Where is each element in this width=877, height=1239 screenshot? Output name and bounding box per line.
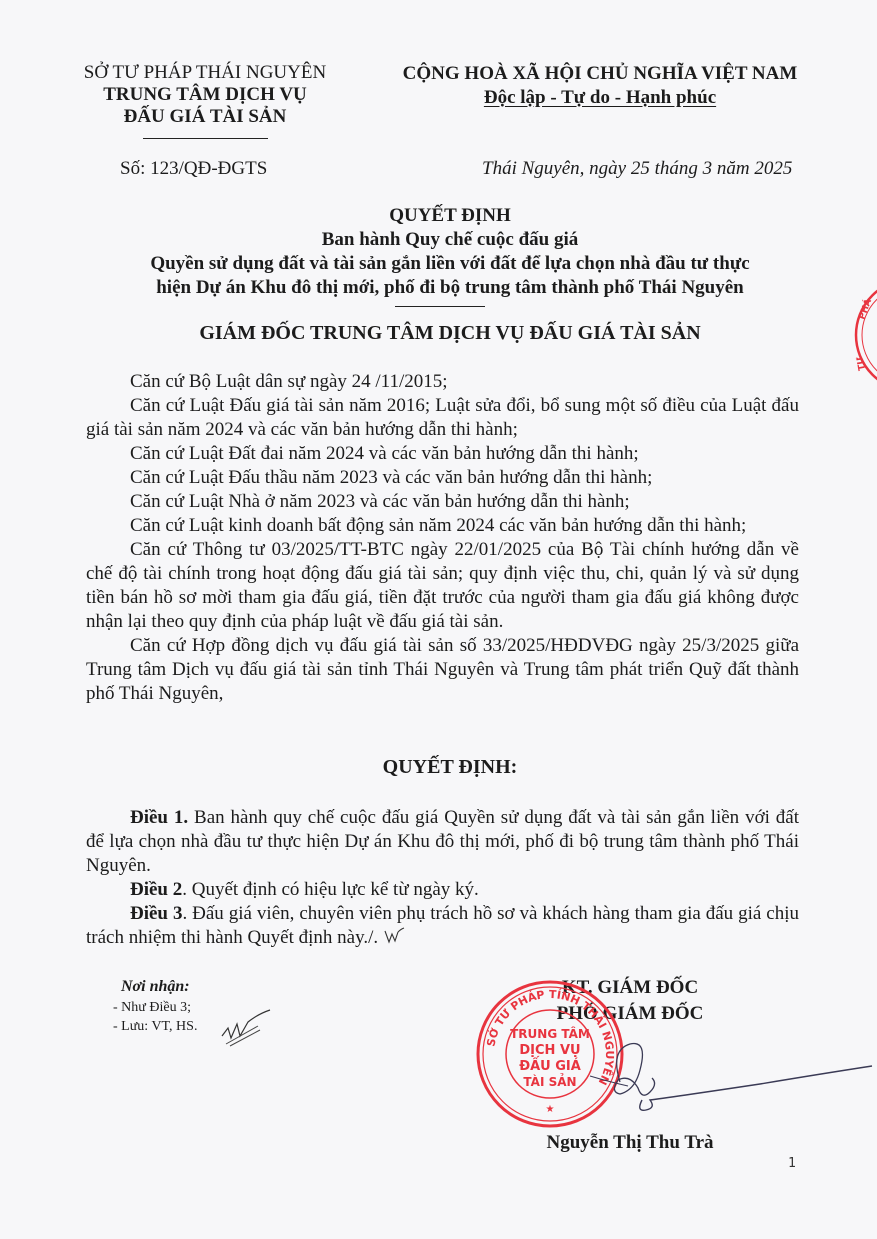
document-type: QUYẾT ĐỊNH [80,204,820,228]
edge-seal-fragment: PHÁ TƯ [850,280,877,390]
signer-name: Nguyễn Thị Thu Trà [520,1132,740,1154]
seal-line: DỊCH VỤ [519,1043,580,1058]
legal-basis: Căn cứ Bộ Luật dân sự ngày 24 /11/2015; … [86,370,799,706]
agency-name-line1: TRUNG TÂM DỊCH VỤ [70,84,340,106]
issuing-agency: SỞ TƯ PHÁP THÁI NGUYÊN TRUNG TÂM DỊCH VỤ… [70,62,340,128]
agency-divider [143,138,268,139]
nation-name: CỘNG HOÀ XÃ HỘI CHỦ NGHĨA VIỆT NAM [380,62,820,86]
article-label: Điều 3 [130,903,182,924]
basis-item: Căn cứ Hợp đồng dịch vụ đấu giá tài sản … [86,634,799,706]
basis-item: Căn cứ Luật Đấu thầu năm 2023 và các văn… [86,466,799,490]
title-line-2: Quyền sử dụng đất và tài sản gắn liền vớ… [80,252,820,276]
decision-heading: QUYẾT ĐỊNH: [80,756,820,779]
issuing-authority: GIÁM ĐỐC TRUNG TÂM DỊCH VỤ ĐẤU GIÁ TÀI S… [80,322,820,345]
seal-star-icon: ★ [546,1104,555,1115]
svg-text:PHÁ: PHÁ [856,297,875,321]
recipients-title: Nơi nhận: [121,976,197,998]
recipients: Nơi nhận: - Như Điều 3; - Lưu: VT, HS. [113,976,197,1036]
seal-line: TÀI SẢN [523,1073,576,1089]
title-line-3: hiện Dự án Khu đô thị mới, phố đi bộ tru… [80,276,820,300]
national-motto: Độc lập - Tự do - Hạnh phúc [484,87,716,108]
basis-item: Căn cứ Luật kinh doanh bất động sản năm … [86,514,799,538]
article-text: . Đấu giá viên, chuyên viên phụ trách hồ… [86,903,799,948]
articles: Điều 1. Ban hành quy chế cuộc đấu giá Qu… [86,806,799,950]
article-label: Điều 2 [130,879,182,900]
seal-line: ĐẤU GIÁ [519,1056,581,1074]
basis-item: Căn cứ Luật Đất đai năm 2024 và các văn … [86,442,799,466]
article-text: . Quyết định có hiệu lực kể từ ngày ký. [182,879,479,900]
page-number: 1 [788,1156,796,1171]
parent-agency: SỞ TƯ PHÁP THÁI NGUYÊN [70,62,340,84]
agency-name-line2: ĐẤU GIÁ TÀI SẢN [70,106,340,128]
recipient-item: - Như Điều 3; [113,998,197,1017]
article-label: Điều 1. [130,807,188,828]
recipient-item: - Lưu: VT, HS. [113,1017,197,1036]
article-text: Ban hành quy chế cuộc đấu giá Quyền sử d… [86,807,799,876]
svg-text:TƯ: TƯ [856,356,868,372]
title-divider [395,306,485,307]
basis-item: Căn cứ Bộ Luật dân sự ngày 24 /11/2015; [86,370,799,394]
article-2: Điều 2. Quyết định có hiệu lực kể từ ngà… [86,878,799,902]
document-title: QUYẾT ĐỊNH Ban hành Quy chế cuộc đấu giá… [80,204,820,300]
basis-item: Căn cứ Thông tư 03/2025/TT-BTC ngày 22/0… [86,538,799,634]
article-1: Điều 1. Ban hành quy chế cuộc đấu giá Qu… [86,806,799,878]
basis-item: Căn cứ Luật Đấu giá tài sản năm 2016; Lu… [86,394,799,442]
document-number: Số: 123/QĐ-ĐGTS [120,158,267,180]
basis-item: Căn cứ Luật Nhà ở năm 2023 và các văn bả… [86,490,799,514]
seal-line: TRUNG TÂM [510,1026,590,1041]
handwritten-signature-icon [580,1030,877,1130]
article-3: Điều 3. Đấu giá viên, chuyên viên phụ tr… [86,902,799,950]
national-header: CỘNG HOÀ XÃ HỘI CHỦ NGHĨA VIỆT NAM Độc l… [380,62,820,110]
initials-mark-icon [383,927,405,945]
initials-signature-icon [218,1008,278,1048]
document-page: SỞ TƯ PHÁP THÁI NGUYÊN TRUNG TÂM DỊCH VỤ… [0,0,877,1239]
place-date: Thái Nguyên, ngày 25 tháng 3 năm 2025 [482,158,792,180]
title-line-1: Ban hành Quy chế cuộc đấu giá [80,228,820,252]
